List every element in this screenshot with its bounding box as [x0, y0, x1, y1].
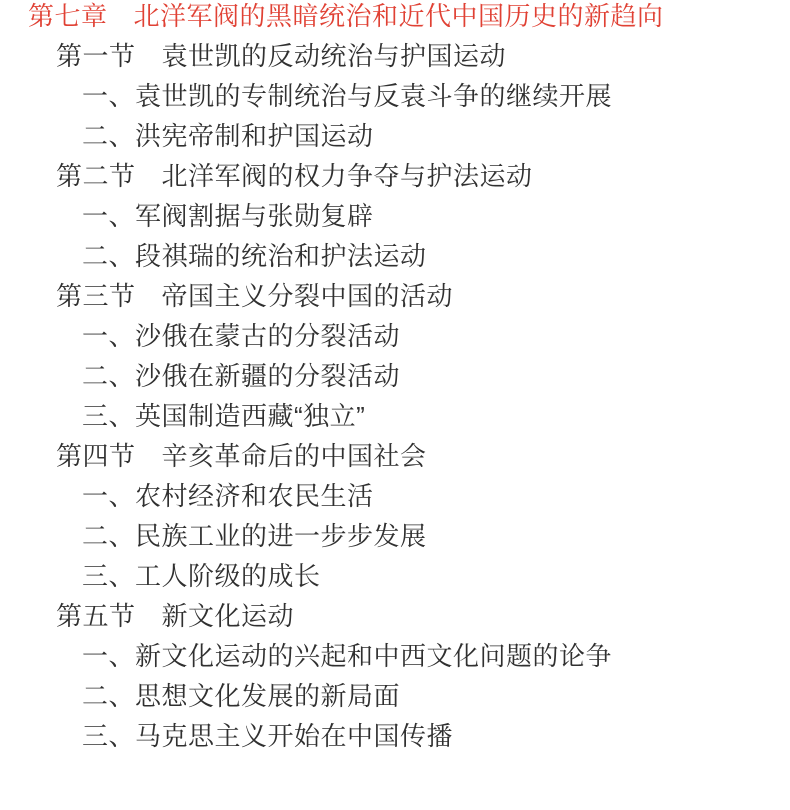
toc-item: 一、农村经济和农民生活 — [0, 476, 790, 516]
section-title: 袁世凯的反动统治与护国运动 — [162, 41, 507, 71]
section-1-heading: 第一节袁世凯的反动统治与护国运动 — [0, 36, 790, 76]
section-title: 北洋军阀的权力争夺与护法运动 — [162, 161, 533, 191]
section-3-heading: 第三节帝国主义分裂中国的活动 — [0, 276, 790, 316]
toc-item: 二、思想文化发展的新局面 — [0, 676, 790, 716]
section-4-heading: 第四节辛亥革命后的中国社会 — [0, 436, 790, 476]
toc-item: 三、工人阶级的成长 — [0, 556, 790, 596]
toc-item: 二、洪宪帝制和护国运动 — [0, 116, 790, 156]
toc-item: 一、袁世凯的专制统治与反袁斗争的继续开展 — [0, 76, 790, 116]
toc-item: 一、新文化运动的兴起和中西文化问题的论争 — [0, 636, 790, 676]
toc-item: 三、英国制造西藏“独立” — [0, 396, 790, 436]
toc-item: 一、军阀割据与张勋复辟 — [0, 196, 790, 236]
toc-page: 第七章北洋军阀的黑暗统治和近代中国历史的新趋向 第一节袁世凯的反动统治与护国运动… — [0, 0, 790, 810]
section-number: 第五节 — [56, 601, 136, 631]
section-title: 帝国主义分裂中国的活动 — [162, 281, 454, 311]
section-2-heading: 第二节北洋军阀的权力争夺与护法运动 — [0, 156, 790, 196]
section-title: 新文化运动 — [162, 601, 295, 631]
section-5-heading: 第五节新文化运动 — [0, 596, 790, 636]
chapter-title: 北洋军阀的黑暗统治和近代中国历史的新趋向 — [134, 1, 664, 31]
toc-item: 二、段祺瑞的统治和护法运动 — [0, 236, 790, 276]
section-number: 第三节 — [56, 281, 136, 311]
toc-item: 二、民族工业的进一步步发展 — [0, 516, 790, 556]
chapter-heading: 第七章北洋军阀的黑暗统治和近代中国历史的新趋向 — [0, 0, 790, 36]
chapter-number: 第七章 — [28, 1, 108, 31]
table-of-contents: 第七章北洋军阀的黑暗统治和近代中国历史的新趋向 第一节袁世凯的反动统治与护国运动… — [0, 0, 790, 756]
toc-item: 三、马克思主义开始在中国传播 — [0, 716, 790, 756]
toc-item: 二、沙俄在新疆的分裂活动 — [0, 356, 790, 396]
section-number: 第二节 — [56, 161, 136, 191]
section-number: 第四节 — [56, 441, 136, 471]
section-number: 第一节 — [56, 41, 136, 71]
section-title: 辛亥革命后的中国社会 — [162, 441, 427, 471]
toc-item: 一、沙俄在蒙古的分裂活动 — [0, 316, 790, 356]
